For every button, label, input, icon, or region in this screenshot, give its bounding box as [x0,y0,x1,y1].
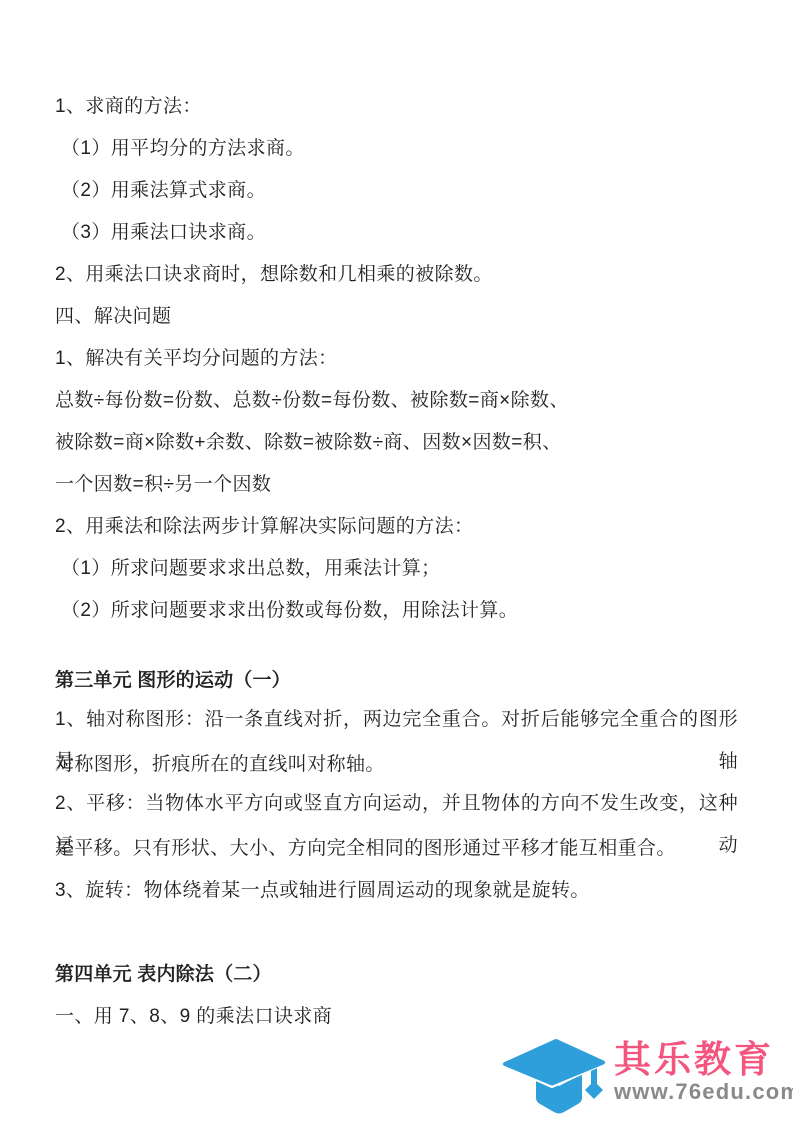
doc-line: 2、平移：当物体水平方向或竖直方向运动，并且物体的方向不发生改变，这种运动 [55,783,738,825]
doc-line: （2）所求问题要求求出份数或每份数，用除法计算。 [55,587,745,629]
doc-line: 1、轴对称图形：沿一条直线对折，两边完全重合。对折后能够完全重合的图形是轴 [55,699,738,741]
formula-line: 总数÷每份数=份数、总数÷份数=每份数、被除数=商×除数、 [55,377,745,419]
doc-line: 3、旋转：物体绕着某一点或轴进行圆周运动的现象就是旋转。 [55,867,745,909]
doc-line: （3）用乘法口诀求商。 [55,209,745,251]
doc-line: 2、用乘法和除法两步计算解决实际问题的方法： [55,503,745,545]
doc-line: （1）用平均分的方法求商。 [55,125,745,167]
doc-line: 1、解决有关平均分问题的方法： [55,335,745,377]
brand-name: 其乐教育 [614,1040,784,1080]
doc-line: 2、用乘法口诀求商时，想除数和几相乘的被除数。 [55,251,745,293]
graduation-cap-icon [496,1036,614,1122]
site-logo: 其乐教育 www.76edu.com [496,1036,786,1116]
section-heading-unit4: 第四单元 表内除法（二） [55,951,745,993]
logo-text-block: 其乐教育 www.76edu.com [614,1040,784,1104]
formula-line: 被除数=商×除数+余数、除数=被除数÷商、因数×因数=积、 [55,419,745,461]
document-body: 1、求商的方法： （1）用平均分的方法求商。 （2）用乘法算式求商。 （3）用乘… [55,83,745,1035]
doc-line: （2）用乘法算式求商。 [55,167,745,209]
doc-line: 四、解决问题 [55,293,745,335]
brand-website: www.76edu.com [614,1080,784,1104]
document-page: 1、求商的方法： （1）用平均分的方法求商。 （2）用乘法算式求商。 （3）用乘… [0,0,793,1122]
doc-line: 一、用 7、8、9 的乘法口诀求商 [55,993,745,1035]
doc-line: （1）所求问题要求求出总数，用乘法计算； [55,545,745,587]
formula-line: 一个因数=积÷另一个因数 [55,461,745,503]
section-heading-unit3: 第三单元 图形的运动（一） [55,657,745,699]
doc-line: 1、求商的方法： [55,83,745,125]
